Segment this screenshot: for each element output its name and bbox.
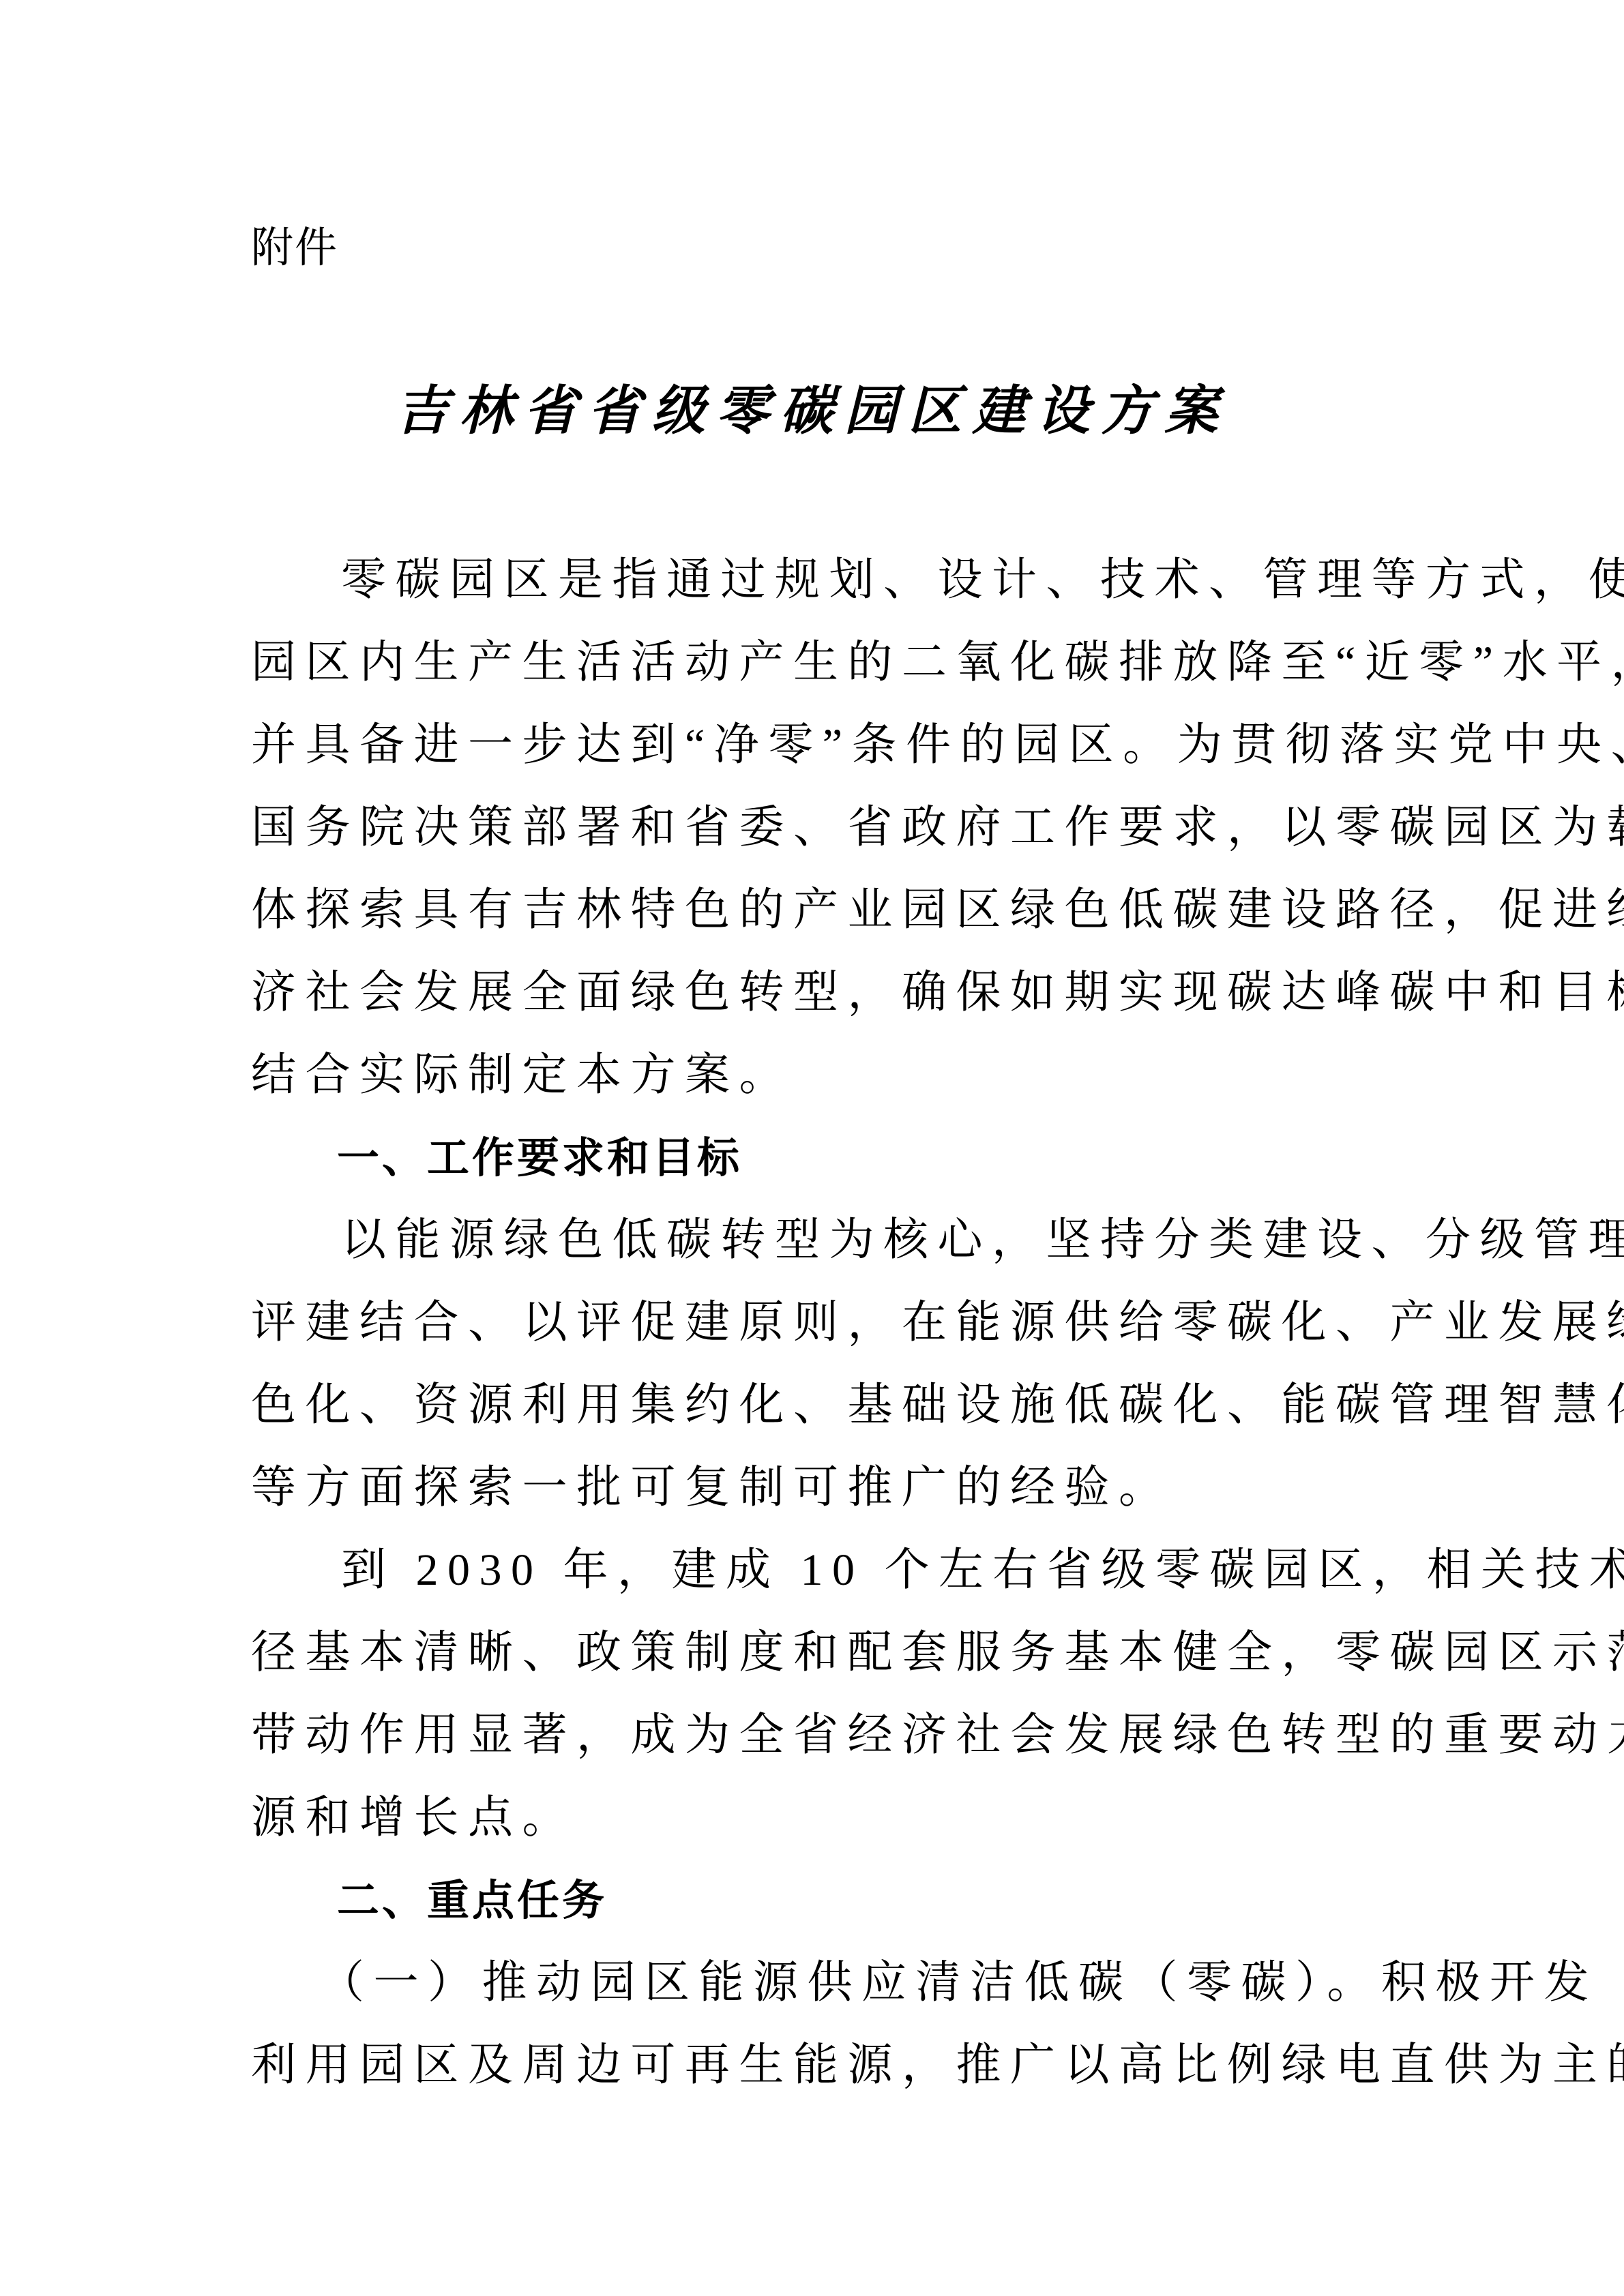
section-1-paragraph-2: 到 2030 年，建成 10 个左右省级零碳园区，相关技术路 径基本清晰、政策制… xyxy=(251,1529,1397,1859)
section-2-paragraph-1: （一）推动园区能源供应清洁低碳（零碳）。积极开发 利用园区及周边可再生能源，推广… xyxy=(251,1941,1397,2106)
text-line: 带动作用显著，成为全省经济社会发展绿色转型的重要动力 xyxy=(251,1694,1397,1776)
text-line: 径基本清晰、政策制度和配套服务基本健全，零碳园区示范 xyxy=(251,1611,1397,1694)
text-line: 国务院决策部署和省委、省政府工作要求，以零碳园区为载 xyxy=(251,786,1397,869)
document-body: 零碳园区是指通过规划、设计、技术、管理等方式，使 园区内生产生活活动产生的二氧化… xyxy=(251,539,1397,2106)
text-line: 结合实际制定本方案。 xyxy=(251,1034,1397,1116)
text-line: 到 2030 年，建成 10 个左右省级零碳园区，相关技术路 xyxy=(251,1529,1397,1611)
document-title: 吉林省省级零碳园区建设方案 xyxy=(0,374,1624,449)
section-heading-1: 一、工作要求和目标 xyxy=(251,1116,1397,1199)
text-line: 源和增长点。 xyxy=(251,1776,1397,1859)
text-line: 济社会发展全面绿色转型，确保如期实现碳达峰碳中和目标， xyxy=(251,951,1397,1034)
text-line: （一）推动园区能源供应清洁低碳（零碳）。积极开发 xyxy=(251,1941,1397,2024)
text-line: 等方面探索一批可复制可推广的经验。 xyxy=(251,1446,1397,1529)
text-line: 并具备进一步达到“净零”条件的园区。为贯彻落实党中央、 xyxy=(251,704,1397,786)
text-line: 色化、资源利用集约化、基础设施低碳化、能碳管理智慧化 xyxy=(251,1364,1397,1446)
text-line: 体探索具有吉林特色的产业园区绿色低碳建设路径，促进经 xyxy=(251,869,1397,951)
attachment-label: 附件 xyxy=(251,217,338,278)
section-1-paragraph-1: 以能源绿色低碳转型为核心，坚持分类建设、分级管理、 评建结合、以评促建原则，在能… xyxy=(251,1199,1397,1529)
text-line: 园区内生产生活活动产生的二氧化碳排放降至“近零”水平， xyxy=(251,621,1397,704)
text-line: 以能源绿色低碳转型为核心，坚持分类建设、分级管理、 xyxy=(251,1199,1397,1281)
text-line: 评建结合、以评促建原则，在能源供给零碳化、产业发展绿 xyxy=(251,1281,1397,1364)
intro-paragraph: 零碳园区是指通过规划、设计、技术、管理等方式，使 园区内生产生活活动产生的二氧化… xyxy=(251,539,1397,1116)
text-line: 利用园区及周边可再生能源，推广以高比例绿电直供为主的 xyxy=(251,2024,1397,2106)
text-line: 零碳园区是指通过规划、设计、技术、管理等方式，使 xyxy=(251,539,1397,621)
document-page: 附件 吉林省省级零碳园区建设方案 零碳园区是指通过规划、设计、技术、管理等方式，… xyxy=(0,0,1624,2296)
section-heading-2: 二、重点任务 xyxy=(251,1859,1397,1941)
